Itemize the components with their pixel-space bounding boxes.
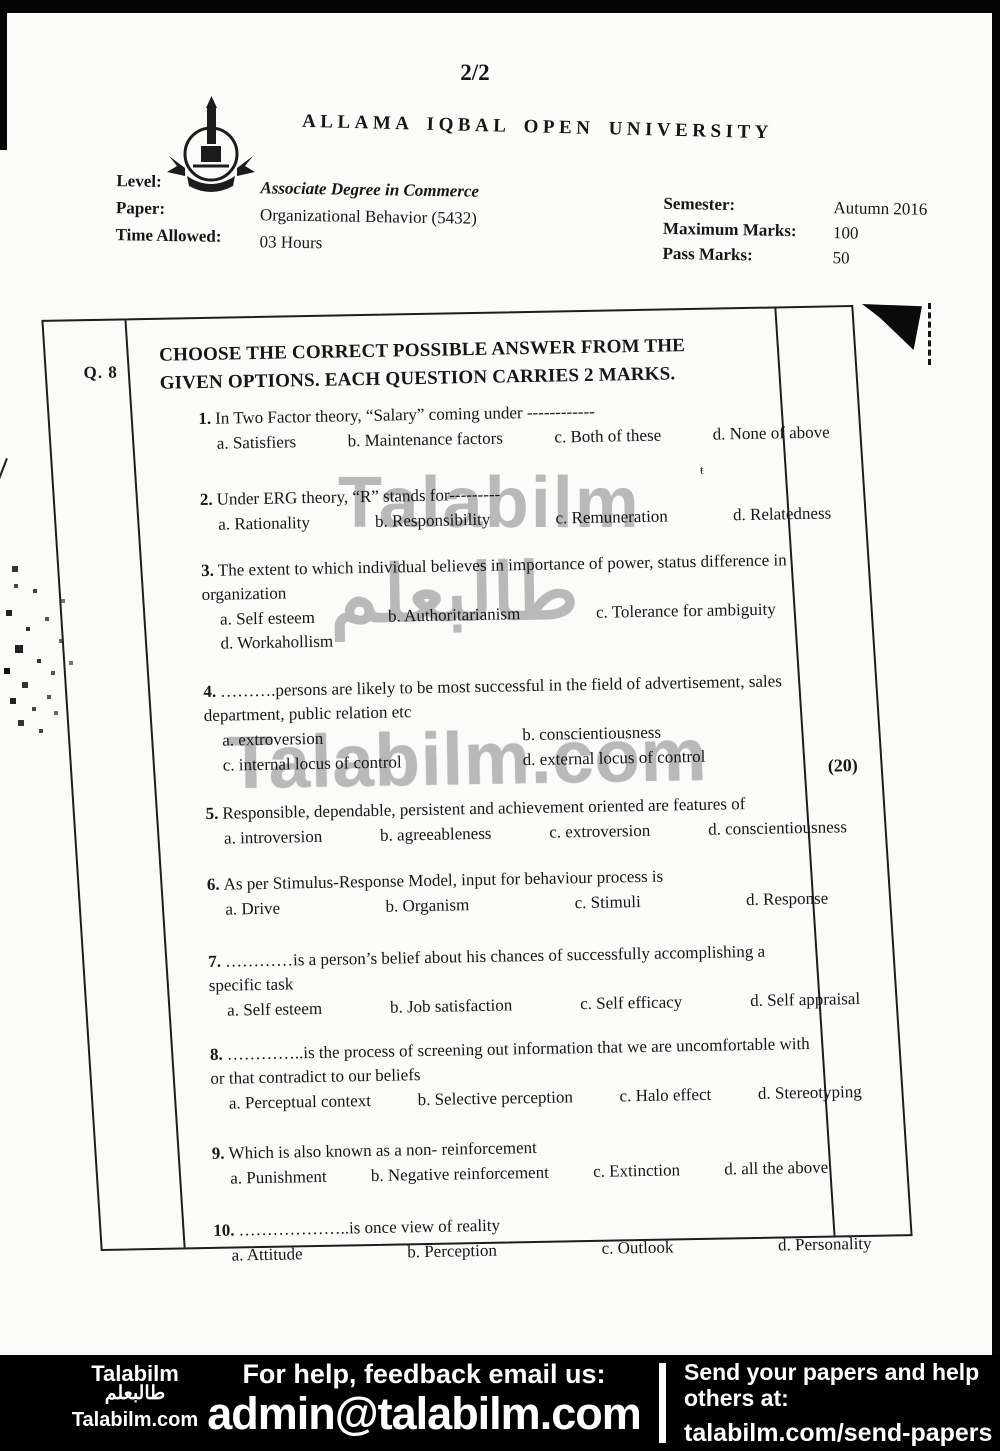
level-label: Level: — [116, 167, 222, 196]
option-b: b. agreeableness — [380, 822, 492, 848]
option-c: c. Both of these — [554, 424, 661, 450]
option-a: a. Self esteem — [227, 997, 322, 1023]
option-d: d. Relatedness — [733, 501, 832, 527]
option-a: a. Perceptual context — [229, 1089, 371, 1116]
option-d: d. external locus of control — [522, 743, 814, 772]
paper-label: Paper: — [116, 194, 222, 223]
option-b: b. Job satisfaction — [390, 993, 513, 1019]
question-3: 3.The extent to which individual believe… — [201, 548, 813, 656]
marks-badge: (20) — [807, 755, 879, 777]
exam-meta-labels: Semester: Maximum Marks: Pass Marks: — [662, 191, 797, 268]
footer-send-text-line1: Send your papers and help — [684, 1360, 994, 1386]
question-6-text: As per Stimulus-Response Model, input fo… — [223, 867, 663, 894]
option-b: b. Organism — [385, 893, 469, 919]
option-a: a. Attitude — [231, 1242, 302, 1267]
scan-speckle-noise — [0, 0, 2, 2]
option-d: d. Personality — [778, 1232, 872, 1258]
option-b: b. Selective perception — [417, 1085, 573, 1112]
semester-label: Semester: — [663, 191, 797, 218]
option-c: c. internal locus of control — [223, 748, 523, 777]
footer-brand-arabic: طالبعلم — [60, 1383, 210, 1405]
option-b: b. Authoritarianism — [388, 601, 596, 629]
question-9-text: Which is also known as a non- reinforcem… — [228, 1138, 537, 1163]
option-d: d. Response — [746, 887, 829, 913]
option-c: c. Self efficacy — [580, 990, 683, 1016]
option-b: b. Perception — [407, 1239, 497, 1265]
question-9: 9.Which is also known as a non- reinforc… — [212, 1131, 823, 1191]
question-6-number: 6. — [207, 875, 220, 894]
level-value: Associate Degree in Commerce — [260, 174, 479, 204]
footer-divider — [659, 1363, 666, 1443]
option-d: d. Workahollism — [220, 629, 388, 656]
footer-send-text-line2: others at: — [684, 1386, 994, 1412]
question-body: CHOOSE THE CORRECT POSSIBLE ANSWER FROM … — [159, 330, 824, 1269]
option-b: b. Negative reinforcement — [371, 1161, 549, 1188]
question-8-number: 8. — [210, 1045, 223, 1064]
option-a: a. Self esteem — [220, 605, 388, 632]
option-c: c. Outlook — [601, 1235, 673, 1260]
university-name: ALLAMA IQBAL OPEN UNIVERSITY — [302, 111, 732, 143]
question-8: 8.…………..is the process of screening out … — [210, 1032, 821, 1116]
footer-contact-block: For help, feedback email us: admin@talab… — [198, 1359, 650, 1440]
pass-marks-label: Pass Marks: — [662, 241, 796, 268]
question-1-text: In Two Factor theory, “Salary” coming un… — [215, 402, 595, 428]
option-c: c. Halo effect — [619, 1083, 711, 1109]
question-3-options: a. Self esteem b. Authoritarianism c. To… — [220, 597, 813, 656]
question-4-text: ……….persons are likely to be most succes… — [204, 671, 782, 725]
question-10-text: ………………..is once view of reality — [238, 1216, 500, 1240]
option-b: b. Maintenance factors — [347, 426, 503, 453]
question-2-text: Under ERG theory, “R” stands for--------… — [216, 485, 500, 509]
max-marks-label: Maximum Marks: — [663, 216, 797, 243]
option-d: d. all the above — [724, 1156, 828, 1182]
scan-edge-top — [0, 0, 1000, 13]
scan-artifact-dashed-line — [928, 303, 931, 365]
option-d: d. Stereotyping — [758, 1080, 862, 1106]
time-allowed-value: 03 Hours — [259, 228, 478, 258]
scan-edge-right — [992, 0, 1000, 1358]
question-1-number: 1. — [198, 409, 211, 428]
question-3-number: 3. — [201, 561, 214, 580]
footer-send-papers-link[interactable]: talabilm.com/send-papers — [684, 1419, 994, 1447]
semester-value: Autumn 2016 — [833, 195, 927, 222]
option-c: c. extroversion — [549, 819, 650, 845]
question-2-number: 2. — [200, 490, 213, 509]
question-4-number: 4. — [203, 682, 216, 701]
question-table: Q. 8 (20) CHOOSE THE CORRECT POSSIBLE AN… — [41, 305, 912, 1251]
paper-value: Organizational Behavior (5432) — [260, 201, 479, 231]
question-number-cell: Q. 8 — [83, 362, 143, 383]
paper-meta-values: Associate Degree in Commerce Organizatio… — [259, 174, 479, 258]
site-footer: Talabilm طالبعلم Talabilm.com For help, … — [0, 1355, 1000, 1451]
option-b: b. Responsibility — [375, 508, 491, 534]
question-9-number: 9. — [212, 1144, 225, 1163]
max-marks-value: 100 — [833, 220, 927, 247]
option-a: a. introversion — [224, 825, 323, 851]
option-a: a. Rationality — [218, 511, 310, 537]
question-10: 10.………………..is once view of reality a. At… — [213, 1208, 824, 1268]
footer-email-link[interactable]: admin@talabilm.com — [198, 1388, 650, 1440]
footer-brand-block: Talabilm طالبعلم Talabilm.com — [60, 1361, 210, 1432]
paper-meta-labels: Level: Paper: Time Allowed: — [115, 167, 222, 250]
question-1: 1.In Two Factor theory, “Salary” coming … — [198, 396, 809, 456]
scan-scratch-line — [0, 458, 8, 541]
question-7-number: 7. — [208, 952, 221, 971]
question-10-number: 10. — [213, 1221, 235, 1240]
footer-brand-site: Talabilm.com — [60, 1409, 210, 1432]
footer-send-papers-block: Send your papers and help others at: tal… — [684, 1360, 994, 1447]
footer-help-text: For help, feedback email us: — [198, 1359, 650, 1390]
question-7-options: a. Self esteem b. Job satisfaction c. Se… — [227, 987, 860, 1023]
option-a: a. Punishment — [230, 1165, 327, 1191]
page-number: 2/2 — [430, 60, 520, 86]
option-d: d. conscientiousness — [708, 815, 847, 842]
question-7: 7.…………is a person’s belief about his cha… — [208, 939, 819, 1023]
question-8-text: …………..is the process of screening out in… — [210, 1034, 810, 1088]
pass-marks-value: 50 — [832, 245, 926, 272]
option-c: c. Remuneration — [555, 504, 668, 530]
option-c: c. Tolerance for ambiguity — [596, 597, 812, 625]
question-4: 4.……….persons are likely to be most succ… — [203, 669, 815, 778]
option-a: a. Satisfiers — [217, 430, 297, 455]
option-d: d. None of above — [712, 420, 829, 446]
question-5-number: 5. — [205, 804, 218, 823]
question-3-text: The extent to which individual believes … — [201, 550, 786, 604]
question-7-text: …………is a person’s belief about his chanc… — [209, 942, 766, 995]
option-c: c. Stimuli — [574, 890, 641, 915]
scan-edge-left — [0, 0, 7, 150]
question-table-content: Q. 8 (20) CHOOSE THE CORRECT POSSIBLE AN… — [65, 307, 890, 1250]
question-2: 2.Under ERG theory, “R” stands for------… — [200, 477, 811, 537]
option-a: a. Drive — [225, 897, 280, 922]
question-4-options: a. extroversion b. conscientiousness c. … — [222, 718, 815, 778]
exam-meta-values: Autumn 2016 100 50 — [832, 195, 927, 272]
option-d: d. Self appraisal — [750, 987, 860, 1013]
question-6: 6.As per Stimulus-Response Model, input … — [207, 862, 818, 922]
section-heading: CHOOSE THE CORRECT POSSIBLE ANSWER FROM … — [159, 331, 746, 398]
option-c: c. Extinction — [593, 1158, 680, 1184]
question-5: 5.Responsible, dependable, persistent an… — [205, 791, 816, 851]
time-allowed-label: Time Allowed: — [115, 221, 221, 250]
